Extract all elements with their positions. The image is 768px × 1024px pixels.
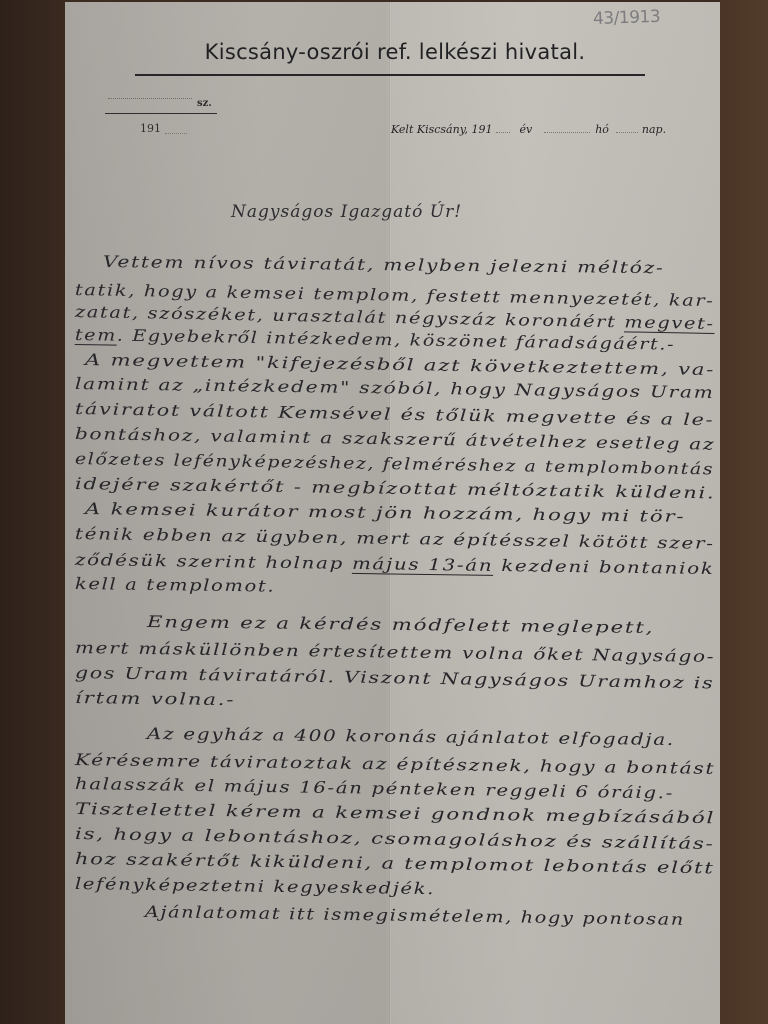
year-blank [496,124,510,133]
letterhead-rule [135,74,645,76]
background-left [0,0,66,1024]
handwritten-line: hoz szakértőt kiküldeni, a templomot leb… [75,849,715,877]
handwritten-line: Kérésemre táviratoztak az építésznek, ho… [75,750,716,778]
handwritten-line: Tisztelettel kérem a kemsei gondnok megb… [75,799,716,827]
handwritten-line: halasszák el május 16-án pénteken reggel… [75,774,675,802]
handwritten-line: Engem ez a kérdés módfelett meglepett, [147,612,655,637]
background-right [720,0,768,1024]
handwritten-line: Vettem nívos táviratát, melyben jelezni … [103,252,665,277]
handwritten-line: Ajánlatomat itt ismegismételem, hogy pon… [145,902,685,929]
day-blank [616,124,638,133]
underlined-text: május 13-án [352,554,494,575]
handwritten-line: mert másküllönben értesítettem volna őke… [75,638,716,666]
reference-year-blank [165,133,187,134]
reference-number-blank [108,98,192,99]
handwritten-line: ténik ebben az ügyben, mert az építéssze… [75,524,715,553]
dateline: Kelt Kiscsány, 191 év hó nap. [391,123,666,136]
handwritten-line: bontáshoz, valamint a szakszerű átvételh… [75,424,716,454]
salutation: Nagyságos Igazgató Úr! [231,202,462,222]
handwritten-line: kell a templomot. [75,574,276,596]
reference-year: 191 [140,122,161,135]
letter-sheet: 43/1913 Kiscsány-oszrói ref. lelkészi hi… [65,2,720,1024]
handwritten-line: is, hogy a lebontáshoz, csomagoláshoz és… [75,824,715,853]
dateline-year-label: év [519,123,532,136]
underlined-text: megvet- [624,312,715,333]
handwritten-line: Az egyház a 400 koronás ajánlatot elfoga… [147,724,675,749]
letterhead-title: Kiscsány-oszrói ref. lelkészi hivatal. [145,40,645,64]
handwritten-line: írtam volna.- [75,688,236,709]
handwritten-line: lefényképeztetni kegyeskedjék. [75,874,436,898]
handwritten-line: idejére szakértőt - megbízottat méltózta… [75,474,716,502]
handwritten-line: ződésük szerint holnap május 13-án kezde… [75,550,715,578]
dateline-place: Kelt Kiscsány, 191 [391,123,492,136]
underlined-text: tem [75,325,117,345]
dateline-month-label: hó [595,123,609,136]
month-blank [544,124,590,133]
handwritten-line: A kemsei kurátor most jön hozzám, hogy m… [85,499,686,526]
archive-number: 43/1913 [593,7,661,29]
handwritten-line: előzetes lefényképezéshez, felméréshez a… [75,449,715,478]
dateline-day-label: nap. [642,123,666,136]
reference-rule [105,113,217,114]
handwritten-line: gos Uram táviratáról. Viszont Nagyságos … [75,663,715,692]
handwritten-line: lamint az „intézkedem" szóból, hogy Nagy… [75,374,715,402]
reference-number-suffix: sz. [197,98,212,109]
